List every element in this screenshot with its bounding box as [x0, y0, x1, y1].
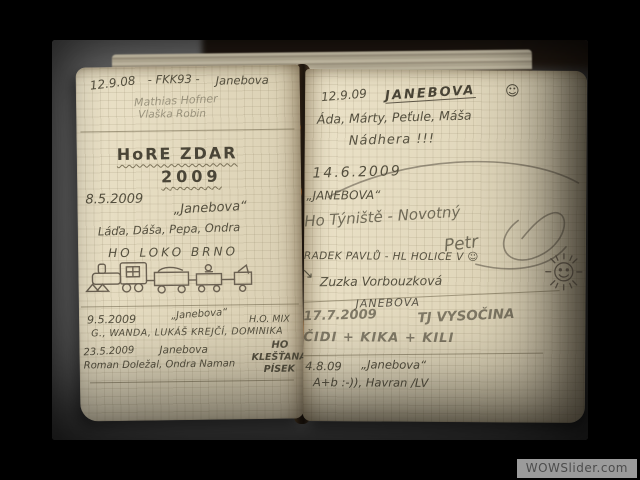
- entry-date: 12.9.09: [321, 87, 368, 103]
- entry-people: RADEK PAVLŮ - HL HOLICE V ☺: [304, 251, 479, 263]
- entry-club: KLEŠŤANA: [252, 352, 307, 362]
- entry-person: Zuzka Vorbouzková: [320, 275, 443, 289]
- entry-name: Janebova: [159, 345, 208, 356]
- entry-name: „Janebova“: [361, 359, 426, 371]
- wowslider-watermark[interactable]: WOWSlider.com: [517, 459, 637, 478]
- entry-people: A+b :-)), Havran /LV: [313, 377, 428, 389]
- entry-date: 17.7.2009: [303, 308, 377, 323]
- left-page: 12.9.08 - FKK93 - Janebova Mathias Hofne…: [76, 64, 305, 421]
- entry-people: Láďa, Dáša, Pepa, Ondra: [98, 222, 241, 238]
- entry-date: 8.5.2009: [85, 193, 143, 207]
- ruled-line: [81, 303, 299, 307]
- entry-date: 12.9.08: [89, 74, 136, 91]
- train-doodle: [88, 259, 267, 301]
- sun-doodle: [544, 251, 584, 291]
- notebook-photo[interactable]: 12.9.08 - FKK93 - Janebova Mathias Hofne…: [52, 40, 588, 440]
- page-title: HoRE ZDAR: [117, 145, 238, 163]
- ruled-line: [90, 380, 294, 384]
- entry-date: 23.5.2009: [83, 346, 134, 358]
- entry-people: Áda, Márty, Peťule, Máša: [317, 109, 472, 126]
- entry-people: ČIDI + KIKA + KILI: [303, 331, 454, 345]
- entry-club: H.O. MIX: [249, 315, 290, 325]
- entry-date: 9.5.2009: [87, 314, 136, 326]
- entry-name: Janebova: [216, 75, 269, 87]
- entry-code: - FKK93 -: [148, 74, 200, 86]
- entry-name: „Janebova“: [173, 200, 247, 217]
- slider-viewport: { "slider": { "watermark": "WOWSlider.co…: [0, 0, 640, 480]
- entry-name: „Janebova“: [171, 308, 228, 322]
- entry-club: HO: [271, 341, 288, 351]
- entry-club: HO LOKO BRNO: [108, 245, 238, 259]
- entry-person: Mathias Hofner: [134, 93, 218, 108]
- entry-name: „JANEBOVA“: [306, 189, 380, 202]
- entry-person: Vlaška Robin: [138, 109, 206, 120]
- page-title-year: 2009: [161, 169, 222, 186]
- ruled-line: [303, 353, 543, 357]
- entry-date: 14.6.2009: [312, 164, 402, 180]
- entry-club: PÍSEK: [264, 365, 295, 375]
- entry-club: TJ VYSOČINA: [417, 308, 515, 326]
- ruled-line: [80, 129, 294, 133]
- entry-date: 4.8.09: [305, 361, 342, 373]
- smiley-face: ☺: [505, 84, 520, 98]
- ruled-line: [304, 290, 560, 303]
- entry-people: G., WANDA, LUKÁŠ KREJČÍ, DOMINIKA: [91, 327, 283, 339]
- arrow-mark: ↘: [302, 267, 314, 281]
- right-page: 12.9.09 JANEBOVA ☺ Áda, Márty, Peťule, M…: [303, 69, 587, 423]
- entry-name: JANEBOVA: [385, 84, 476, 103]
- entry-people: Roman Doležal, Ondra Naman: [84, 359, 236, 371]
